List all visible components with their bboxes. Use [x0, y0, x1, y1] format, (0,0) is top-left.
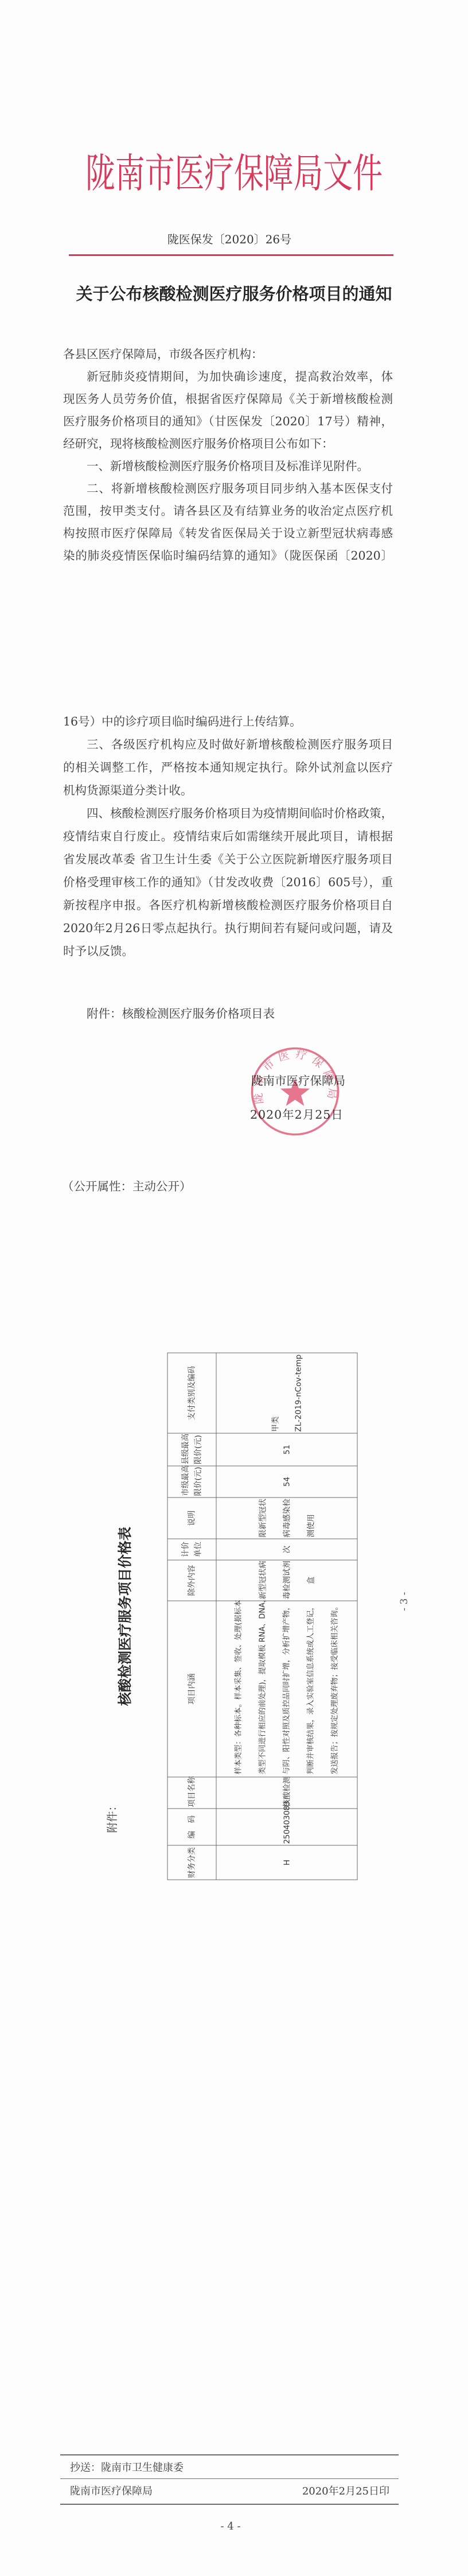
body-line: 经研究，现将核酸检测医疗服务价格项目公布如下：: [63, 433, 393, 455]
body-line: 疫情结束自行废止。疫情结束后如需继续开展此项目，请根据: [63, 825, 393, 848]
body-line: 二、将新增核酸检测医疗服务项目同步纳入基本医保支付: [63, 478, 393, 500]
cell-text: 病毒感染检: [275, 1499, 299, 1537]
header-text: 除外内容: [185, 1561, 198, 1599]
body-text-page-2: 16号）中的诊疗项目临时编码进行上传结算。三、各级医疗机构应及时做好新增核酸检测…: [63, 710, 393, 963]
cell-text: 测使用: [299, 1499, 323, 1537]
disclosure-attribute: （公开属性：主动公开）: [62, 1175, 192, 1198]
cell-text: 样本类型：各种标本。样本采集、签收、处理(据标本: [227, 1602, 251, 1774]
cell-text: 发送报告；按规定处理废弃物；接受临床相关咨询。: [323, 1602, 347, 1774]
column-header-notes: 说明: [167, 1498, 216, 1539]
header-text: 说明: [185, 1499, 198, 1537]
page-number: - 4 -: [0, 2520, 461, 2534]
body-line: 新按程序申报。各医疗机构新增核酸检测医疗服务价格项目自: [63, 894, 393, 917]
cell-text: H: [275, 1846, 299, 1878]
document: 陇南市医疗保障局文件 陇医保发〔2020〕26号 关于公布核酸检测医疗服务价格项…: [0, 0, 468, 2576]
cell-text: 限新型冠状: [251, 1499, 275, 1537]
cell-item-content: 样本类型：各种标本。样本采集、签收、处理(据标本类型不同进行相应的前处理)，提取…: [216, 1601, 357, 1777]
cell-text: 毒检测试剂: [275, 1561, 299, 1599]
attachment-label: 附件：: [106, 1799, 119, 1834]
cell-text: 次: [275, 1540, 299, 1558]
body-text-page-1: 各县区医疗保障局，市级各医疗机构：新冠肺炎疫情期间，为加快确诊速度，提高救治效率…: [63, 343, 393, 567]
body-line: 2020年2月26日零点起执行。执行期间若有疑问或问题，请及: [63, 917, 393, 940]
header-text: 项目名称: [185, 1778, 198, 1807]
issuer-header-title: 陇南市医疗保障局文件: [61, 149, 407, 197]
cell-text: ZL-2019-nCov-temp: [287, 1354, 310, 1431]
document-number: 陇医保发〔2020〕26号: [0, 232, 459, 247]
body-line: 范围，按甲类支付。请各县区及有结算业务的收治定点医疗机: [63, 500, 393, 522]
table-row: H250403083核酸检测样本类型：各种标本。样本采集、签收、处理(据标本类型…: [216, 1353, 357, 1880]
price-table: 财务分类编 码项目名称项目内涵除外内容计价单位说明市级最高限价(元)县级最高限价…: [167, 1352, 357, 1880]
cell-text: 盒: [299, 1561, 323, 1599]
body-line: 现医务人员劳务价值，根据省医疗保障局《关于新增核酸检测: [63, 388, 393, 410]
cell-notes: 限新型冠状病毒感染检测使用: [216, 1498, 357, 1539]
cell-text: 核酸检测: [275, 1778, 299, 1807]
cell-text: 新型冠状病: [251, 1561, 275, 1599]
print-info-row: 陇南市医疗保障局 2020年2月25日印: [70, 2485, 389, 2499]
footer-rule-bottom: [60, 2504, 399, 2505]
cc-recipients: 抄送：陇南市卫生健康委: [70, 2461, 184, 2475]
header-text: 支付类别及编码: [185, 1354, 198, 1431]
cell-text: 51: [275, 1434, 299, 1464]
column-header-county-max-price: 县级最高限价(元): [167, 1433, 216, 1466]
table-body: H250403083核酸检测样本类型：各种标本。样本采集、签收、处理(据标本类型…: [216, 1353, 357, 1880]
header-text: 项目内涵: [185, 1602, 198, 1775]
footer-rule-middle: [60, 2478, 399, 2479]
body-line: 一、新增核酸检测医疗服务价格项目及标准详见附件。: [63, 455, 393, 478]
body-line: 医疗服务价格项目的通知》（甘医保发〔2020〕17号）精神，: [63, 410, 393, 433]
column-header-pricing-unit: 计价单位: [167, 1539, 216, 1560]
cell-text: 250403083: [275, 1810, 299, 1844]
price-table-rotated: 财务分类编 码项目名称项目内涵除外内容计价单位说明市级最高限价(元)县级最高限价…: [167, 1353, 356, 1880]
notice-title: 关于公布核酸检测医疗服务价格项目的通知: [0, 282, 468, 305]
header-text: 编 码: [185, 1810, 198, 1844]
footer-rule-top: [60, 2454, 399, 2455]
body-line: 时予以反馈。: [63, 940, 393, 963]
header-text: 限价(元): [192, 1467, 204, 1496]
column-header-excluded-content: 除外内容: [167, 1560, 216, 1601]
cell-city-max-price: 54: [216, 1466, 357, 1498]
body-line: 机构货源渠道分类计收。: [63, 779, 393, 802]
red-separator-line: [69, 254, 393, 256]
header-text: 县级最高: [179, 1434, 192, 1464]
cell-text: 甲类: [264, 1354, 287, 1431]
header-text: 限价(元): [192, 1434, 204, 1464]
body-line: 的相关调整工作，严格按本通知规定执行。除外试剂盒以医疗: [63, 756, 393, 779]
page-number: - 3 -: [399, 1584, 410, 1619]
cell-pricing-unit: 次: [216, 1539, 357, 1560]
body-line: 16号）中的诊疗项目临时编码进行上传结算。: [63, 710, 393, 733]
body-line: 构按照市医疗保障局《转发省医保局关于设立新型冠状病毒感: [63, 522, 393, 545]
cell-text: 与阴、阳性对照及质控品同时扩增，分析扩增产物，: [275, 1602, 299, 1774]
cell-code: 250403083: [216, 1809, 357, 1845]
body-line: 省发展改革委 省卫生计生委《关于公立医院新增医疗服务项目: [63, 848, 393, 871]
column-header-city-max-price: 市级最高限价(元): [167, 1466, 216, 1498]
attachment-table-title: 核酸检测医疗服务项目价格表: [116, 1527, 134, 1706]
cell-text: 判断并审核结果，录入实验室信息系统或人工登记，: [299, 1602, 323, 1774]
cell-item-name: 核酸检测: [216, 1777, 357, 1809]
attachment-reference: 附件：核酸检测医疗服务价格项目表: [87, 1002, 275, 1025]
header-text: 市级最高: [179, 1467, 192, 1496]
body-line: 三、各级医疗机构应及时做好新增核酸检测医疗服务项目: [63, 733, 393, 756]
cell-county-max-price: 51: [216, 1433, 357, 1466]
cell-text: 54: [275, 1467, 299, 1496]
header-text: 财务分类: [185, 1846, 198, 1878]
cell-finance-category: H: [216, 1845, 357, 1880]
header-text: 计价: [179, 1540, 192, 1558]
salutation: 各县区医疗保障局，市级各医疗机构：: [63, 343, 393, 366]
column-header-finance-category: 财务分类: [167, 1845, 216, 1880]
body-line: 四、核酸检测医疗服务价格项目为疫情期间临时价格政策，: [63, 802, 393, 825]
cell-excluded-content: 新型冠状病毒检测试剂盒: [216, 1560, 357, 1601]
body-line: 价格受理审核工作的通知》（甘发改收费〔2016〕605号），重: [63, 871, 393, 894]
column-header-item-content: 项目内涵: [167, 1601, 216, 1777]
cell-payment-category-code: 甲类ZL-2019-nCov-temp: [216, 1353, 357, 1433]
column-header-item-name: 项目名称: [167, 1777, 216, 1809]
official-seal: 陇南市医疗保障局: [250, 1046, 340, 1136]
print-date: 2020年2月25日印: [302, 2485, 389, 2499]
header-text: 单位: [192, 1540, 204, 1558]
printing-office: 陇南市医疗保障局: [70, 2485, 153, 2499]
table-header-row: 财务分类编 码项目名称项目内涵除外内容计价单位说明市级最高限价(元)县级最高限价…: [167, 1353, 216, 1880]
star-icon: [280, 1078, 310, 1106]
body-line: 新冠肺炎疫情期间，为加快确诊速度，提高救治效率，体: [63, 366, 393, 388]
column-header-code: 编 码: [167, 1809, 216, 1845]
cell-text: 类型不同进行相应的前处理)，提取模板 RNA、DNA，: [251, 1602, 275, 1774]
column-header-payment-category-code: 支付类别及编码: [167, 1353, 216, 1433]
body-line: 染的肺炎疫情医保临时编码结算的通知》（陇医保函〔2020〕: [63, 545, 393, 567]
